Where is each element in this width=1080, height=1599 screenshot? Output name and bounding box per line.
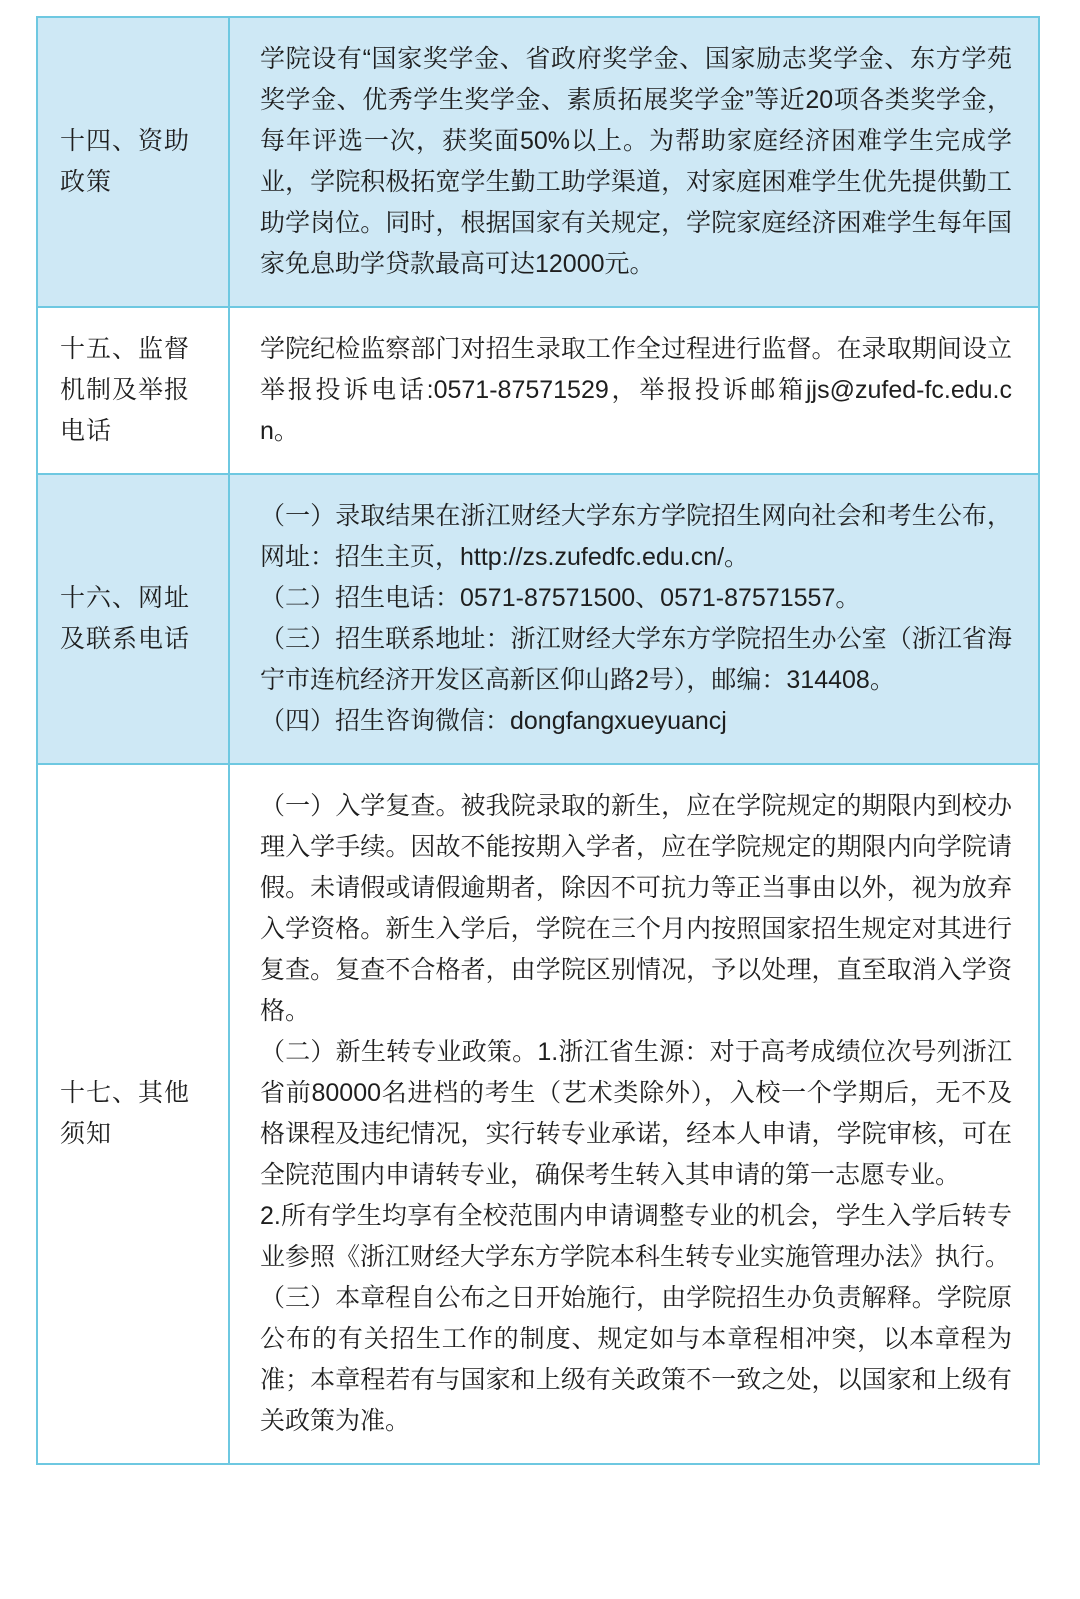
paragraph: 学院设有“国家奖学金、省政府奖学金、国家励志奖学金、东方学苑奖学金、优秀学生奖学…: [260, 39, 1012, 285]
paragraph: （三）招生联系地址：浙江财经大学东方学院招生办公室（浙江省海宁市连杭经济开发区高…: [260, 619, 1012, 701]
paragraph: （二）新生转专业政策。1.浙江省生源：对于高考成绩位次号列浙江省前80000名进…: [260, 1032, 1012, 1196]
paragraph: （二）招生电话：0571-87571500、0571-87571557。: [260, 578, 1012, 619]
admissions-document-page: 十四、资助政策 学院设有“国家奖学金、省政府奖学金、国家励志奖学金、东方学苑奖学…: [0, 0, 1080, 1599]
paragraph: （一）录取结果在浙江财经大学东方学院招生网向社会和考生公布，网址：招生主页，ht…: [260, 496, 1012, 578]
paragraph: （三）本章程自公布之日开始施行，由学院招生办负责解释。学院原公布的有关招生工作的…: [260, 1278, 1012, 1442]
paragraph: 2.所有学生均享有全校范围内申请调整专业的机会，学生入学后转专业参照《浙江财经大…: [260, 1196, 1012, 1278]
row-header-funding-policy: 十四、资助政策: [37, 17, 229, 307]
table-row: 十七、其他须知 （一）入学复查。被我院录取的新生，应在学院规定的期限内到校办理入…: [37, 764, 1039, 1464]
row-content-supervision: 学院纪检监察部门对招生录取工作全过程进行监督。在录取期间设立举报投诉电话:057…: [229, 307, 1039, 474]
row-header-supervision: 十五、监督机制及举报电话: [37, 307, 229, 474]
table-row: 十四、资助政策 学院设有“国家奖学金、省政府奖学金、国家励志奖学金、东方学苑奖学…: [37, 17, 1039, 307]
row-content-funding-policy: 学院设有“国家奖学金、省政府奖学金、国家励志奖学金、东方学苑奖学金、优秀学生奖学…: [229, 17, 1039, 307]
row-header-other-notes: 十七、其他须知: [37, 764, 229, 1464]
paragraph: （四）招生咨询微信：dongfangxueyuancj: [260, 701, 1012, 742]
table-row: 十六、网址及联系电话 （一）录取结果在浙江财经大学东方学院招生网向社会和考生公布…: [37, 474, 1039, 764]
row-content-contact: （一）录取结果在浙江财经大学东方学院招生网向社会和考生公布，网址：招生主页，ht…: [229, 474, 1039, 764]
table-row: 十五、监督机制及举报电话 学院纪检监察部门对招生录取工作全过程进行监督。在录取期…: [37, 307, 1039, 474]
row-content-other-notes: （一）入学复查。被我院录取的新生，应在学院规定的期限内到校办理入学手续。因故不能…: [229, 764, 1039, 1464]
row-header-contact: 十六、网址及联系电话: [37, 474, 229, 764]
admissions-info-table: 十四、资助政策 学院设有“国家奖学金、省政府奖学金、国家励志奖学金、东方学苑奖学…: [36, 16, 1040, 1465]
paragraph: 学院纪检监察部门对招生录取工作全过程进行监督。在录取期间设立举报投诉电话:057…: [260, 329, 1012, 452]
paragraph: （一）入学复查。被我院录取的新生，应在学院规定的期限内到校办理入学手续。因故不能…: [260, 786, 1012, 1032]
